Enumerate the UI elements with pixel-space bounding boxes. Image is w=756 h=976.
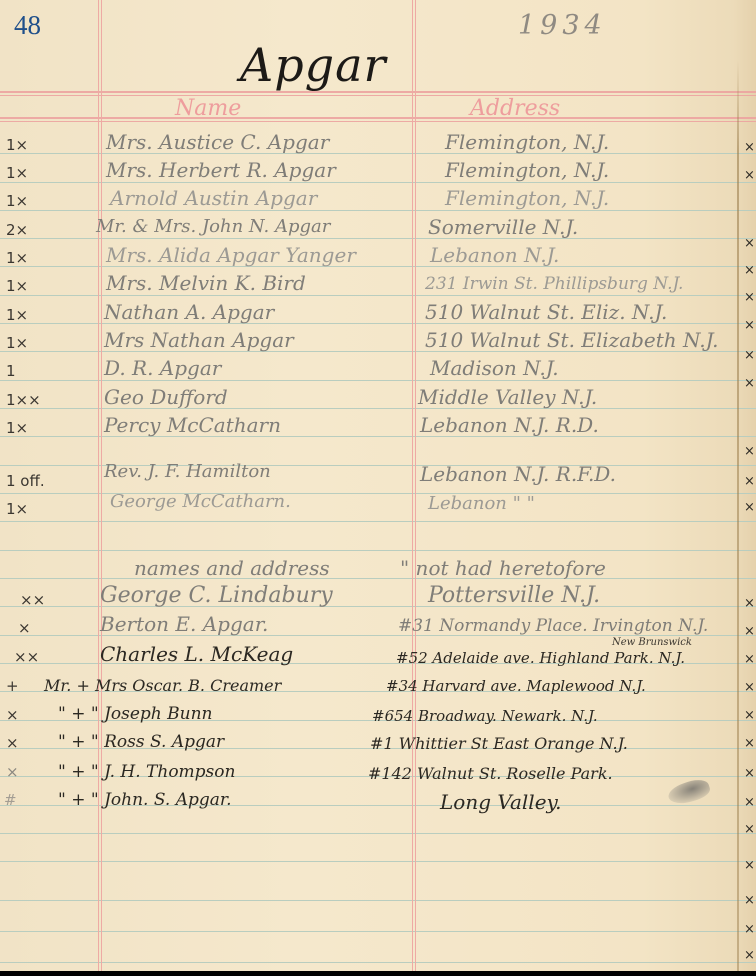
name-margin-line xyxy=(98,0,99,971)
check-mark: × xyxy=(744,140,755,155)
address-margin-line-2 xyxy=(415,0,416,971)
entry-name: Mrs Nathan Apgar xyxy=(104,328,294,352)
tally-mark: 1× xyxy=(6,164,76,182)
ink-smudge xyxy=(666,776,712,808)
tally-mark: 1× xyxy=(6,136,76,154)
check-mark: × xyxy=(744,736,755,751)
entry-address: Lebanon " " xyxy=(428,492,535,516)
check-mark: × xyxy=(744,318,755,333)
page-fold xyxy=(737,60,739,971)
entry-name: Rev. J. F. Hamilton xyxy=(104,460,271,484)
entry-name: George C. Lindabury xyxy=(100,584,333,608)
entry-address: #142 Walnut St. Roselle Park. xyxy=(368,762,613,786)
check-mark: × xyxy=(744,680,755,695)
entry-address: #52 Adelaide ave. Highland Park. N.J. xyxy=(396,646,685,670)
entry-address: Pottersville N.J. xyxy=(428,584,600,608)
tally-mark: 1× xyxy=(6,500,76,518)
check-mark: × xyxy=(744,290,755,305)
check-mark: × xyxy=(744,236,755,251)
check-mark: × xyxy=(744,858,755,873)
entry-address: #654 Broadway. Newark. N.J. xyxy=(372,704,598,728)
name-margin-line-2 xyxy=(101,0,102,971)
entry-address: Madison N.J. xyxy=(430,356,559,380)
check-mark: × xyxy=(744,766,755,781)
entry-name: Mrs. Alida Apgar Yanger xyxy=(106,243,356,267)
entry-address: 231 Irwin St. Phillipsburg N.J. xyxy=(425,272,683,296)
check-mark: × xyxy=(744,822,755,837)
entry-name: Berton E. Apgar. xyxy=(100,612,268,636)
header-rule-bottom xyxy=(0,117,756,119)
entry-name: Arnold Austin Apgar xyxy=(110,186,317,210)
tally-mark: 1× xyxy=(6,334,76,352)
entry-address: Flemington, N.J. xyxy=(445,186,609,210)
entry-address: Flemington, N.J. xyxy=(445,130,609,154)
entry-name: Percy McCatharn xyxy=(104,413,281,437)
check-mark: × xyxy=(744,348,755,363)
tally-mark: 1× xyxy=(6,419,76,437)
check-mark: × xyxy=(744,652,755,667)
entry-address: 510 Walnut St. Elizabeth N.J. xyxy=(425,328,718,352)
check-mark: × xyxy=(744,624,755,639)
entry-address: Flemington, N.J. xyxy=(445,158,609,182)
entry-name: " + " John. S. Apgar. xyxy=(58,788,232,812)
address-margin-line xyxy=(412,0,413,971)
entry-address: Lebanon N.J. xyxy=(430,243,559,267)
tally-mark: ×× xyxy=(14,648,84,666)
entry-name: Charles L. McKeag xyxy=(100,642,293,666)
page-number: 48 xyxy=(14,10,41,41)
section-note-right: " not had heretofore xyxy=(400,556,606,580)
tally-mark: 1× xyxy=(6,277,76,295)
tally-mark: 1×× xyxy=(6,391,76,409)
check-mark: × xyxy=(744,376,755,391)
entry-name: Mrs. Austice C. Apgar xyxy=(106,130,329,154)
tally-mark: × xyxy=(18,619,88,637)
check-mark: × xyxy=(744,596,755,611)
name-column-header: Name xyxy=(175,96,241,121)
header-rule-top-2 xyxy=(0,95,756,96)
entry-name: Mrs. Herbert R. Apgar xyxy=(106,158,336,182)
entry-name: Mr. + Mrs Oscar. B. Creamer xyxy=(44,674,281,698)
check-mark: × xyxy=(744,708,755,723)
year: 1934 xyxy=(518,10,607,41)
check-mark: × xyxy=(744,795,755,810)
entry-address: 510 Walnut St. Eliz. N.J. xyxy=(425,300,667,324)
check-mark: × xyxy=(744,948,755,963)
entry-name: Geo Dufford xyxy=(104,385,228,409)
check-mark: × xyxy=(744,444,755,459)
family-name-heading: Apgar xyxy=(240,38,387,92)
check-mark: × xyxy=(744,500,755,515)
tally-mark: 1× xyxy=(6,249,76,267)
entry-name: Mrs. Melvin K. Bird xyxy=(106,271,306,295)
tally-mark: ×× xyxy=(20,591,90,609)
entry-name: Nathan A. Apgar xyxy=(104,300,274,324)
check-mark: × xyxy=(744,263,755,278)
entry-address: Lebanon N.J. R.D. xyxy=(420,413,599,437)
entry-address: Somerville N.J. xyxy=(428,215,578,239)
entry-address: Lebanon N.J. R.F.D. xyxy=(420,462,616,486)
entry-address: #34 Harvard ave. Maplewood N.J. xyxy=(386,674,646,698)
entry-address: #31 Normandy Place. Irvington N.J. xyxy=(398,614,708,638)
check-mark: × xyxy=(744,922,755,937)
tally-mark: 1 xyxy=(6,362,76,380)
section-note-left: names and address xyxy=(134,556,330,580)
tally-mark: 1× xyxy=(6,192,76,210)
entry-address: Middle Valley N.J. xyxy=(418,385,597,409)
tally-mark: 1 off. xyxy=(6,472,76,490)
entry-name: " + " Joseph Bunn xyxy=(58,702,213,726)
check-mark: × xyxy=(744,893,755,908)
entry-address: #1 Whittier St East Orange N.J. xyxy=(370,732,628,756)
ledger-page: 48 1934 Apgar Name Address 1× Mrs. Austi… xyxy=(0,0,756,971)
check-mark: × xyxy=(744,168,755,183)
check-mark: × xyxy=(744,474,755,489)
entry-address: Long Valley. xyxy=(440,790,562,814)
entry-name: Mr. & Mrs. John N. Apgar xyxy=(96,215,330,239)
entry-name: George McCatharn. xyxy=(110,490,291,514)
entry-name: D. R. Apgar xyxy=(104,356,221,380)
address-column-header: Address xyxy=(470,96,560,121)
entry-name: " + " J. H. Thompson xyxy=(58,760,235,784)
tally-mark: 1× xyxy=(6,306,76,324)
header-rule-bottom-2 xyxy=(0,121,756,122)
entry-name: " + " Ross S. Apgar xyxy=(58,730,224,754)
tally-mark: 2× xyxy=(6,221,76,239)
